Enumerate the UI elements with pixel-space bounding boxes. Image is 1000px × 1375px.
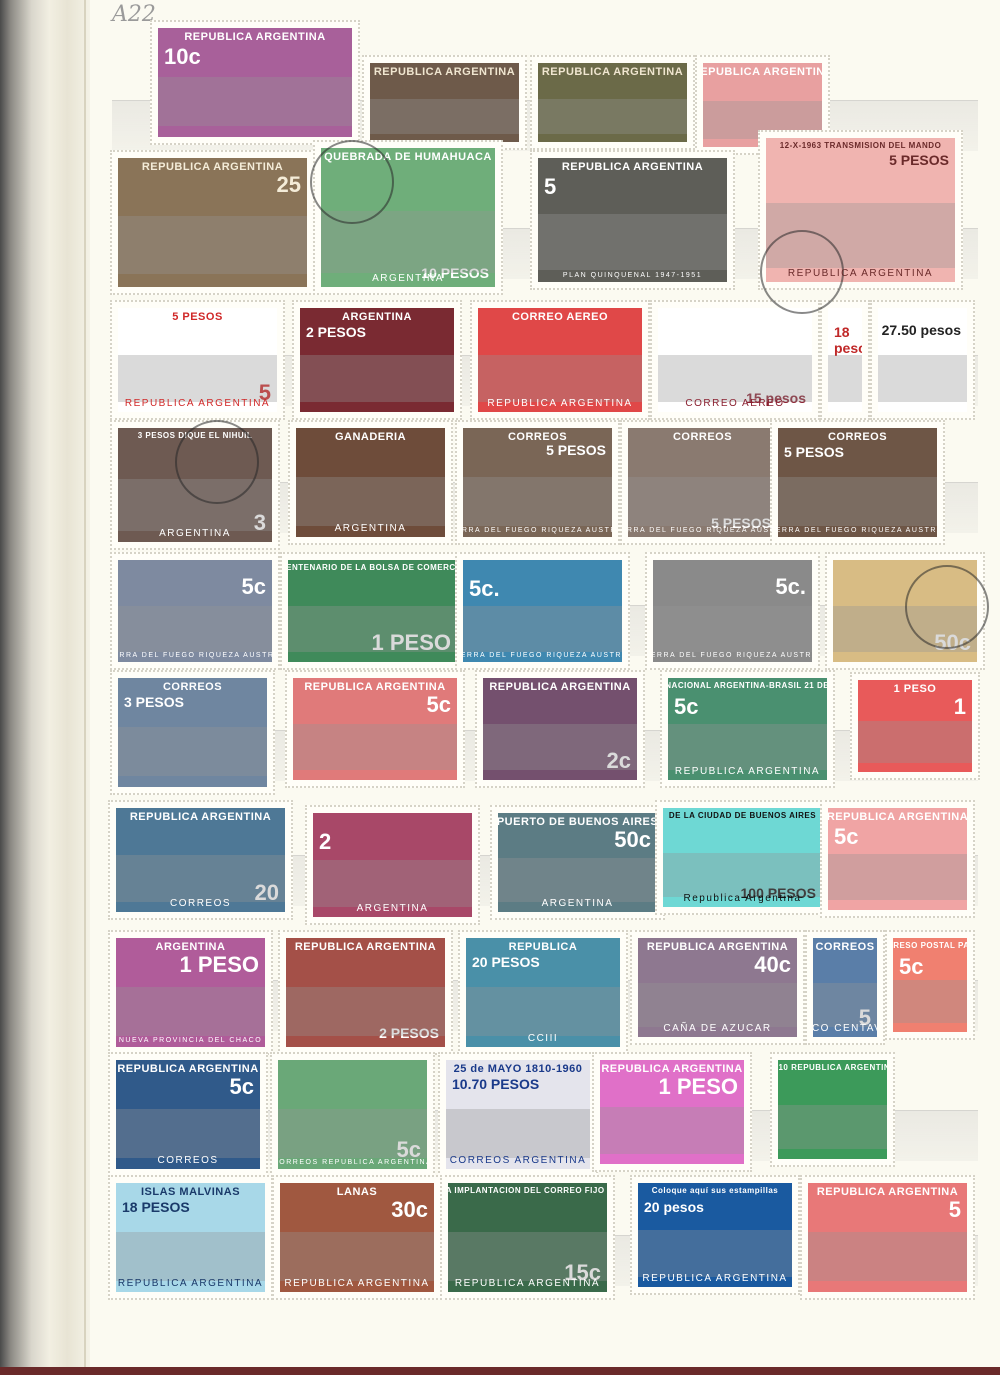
stamp-value: 2 PESOS	[306, 324, 366, 340]
stamp-title: ISLAS MALVINAS	[141, 1186, 240, 1198]
strip-overlay	[118, 606, 272, 652]
stamp-face: CORREOS5CINCO CENTAVOS	[813, 938, 877, 1037]
stamp[interactable]: DE LA CIUDAD DE BUENOS AIRES100 PESOSRep…	[655, 800, 830, 915]
stamp-caption: ARGENTINA	[372, 273, 444, 284]
stamp-title: 5 PESOS	[172, 311, 223, 323]
stamp-value: 20 pesos	[644, 1199, 704, 1215]
postmark-cancel	[310, 140, 394, 224]
stamp-title: REPUBLICA ARGENTINA	[142, 161, 283, 173]
stamp-value: 3 PESOS	[124, 694, 184, 710]
strip-overlay	[463, 606, 622, 652]
stamp-value: 20 PESOS	[472, 954, 540, 970]
stamp[interactable]: 5cCORREOS REPUBLICA ARGENTINA	[270, 1052, 435, 1177]
stamp-caption: REPUBLICA ARGENTINA	[284, 1278, 429, 1289]
stamp-value: 5c	[427, 692, 451, 718]
stamp-face: 5cTIERRA DEL FUEGO RIQUEZA AUSTRAL	[118, 560, 272, 662]
stamp-title: CORREOS	[163, 681, 222, 693]
strip-overlay	[858, 721, 972, 762]
stamp-title: REPUBLICA ARGENTINA	[304, 681, 445, 693]
stamp-face: REPUBLICA ARGENTINA2c	[483, 678, 637, 780]
stamp[interactable]: REPUBLICA ARGENTINA	[530, 55, 695, 150]
strip-overlay	[466, 987, 620, 1036]
stamp[interactable]: 18 pesos	[820, 300, 870, 420]
stamp-face: REPUBLICA ARGENTINA1 PESO	[600, 1060, 744, 1164]
stamp-face: REPUBLICA ARGENTINA5c	[293, 678, 457, 780]
strip-overlay	[118, 727, 267, 776]
strip-overlay	[638, 983, 797, 1028]
stamp-caption: CORREOS REPUBLICA ARGENTINA	[278, 1159, 427, 1166]
stamp-title: GANADERIA	[335, 431, 406, 443]
stamp[interactable]: LANAS30cREPUBLICA ARGENTINA	[272, 1175, 442, 1300]
stamp-caption: REPUBLICA ARGENTINA	[487, 398, 632, 409]
stamp-face: 5c.TIERRA DEL FUEGO RIQUEZA AUSTRAL	[653, 560, 812, 662]
strip-overlay	[828, 355, 862, 402]
stamp-title: CORREOS	[828, 431, 887, 443]
stamp-title: REPUBLICA ARGENTINA	[374, 66, 515, 78]
stamp-title: 1 PESO	[894, 683, 937, 695]
stamp[interactable]: CORREOS5 PESOSTIERRA DEL FUEGO RIQUEZA A…	[620, 420, 785, 545]
stamp-caption: NUEVA PROVINCIA DEL CHACO	[119, 1037, 262, 1044]
stamp[interactable]: 15 pesosCORREO AEREO	[650, 300, 820, 420]
stamp-caption: ARGENTINA	[335, 523, 407, 534]
stamp-face: ARGENTINA2 PESOS	[300, 308, 454, 412]
stamp[interactable]: REPUBLICA ARGENTINA2 PESOS	[278, 930, 453, 1055]
stamp-value: 50c	[614, 827, 651, 853]
stamp-caption: PLAN QUINQUENAL 1947-1951	[563, 272, 702, 279]
stamp[interactable]: 5c.TIERRA DEL FUEGO RIQUEZA AUSTRAL	[645, 552, 820, 670]
stamp-caption: REPUBLICA ARGENTINA	[125, 398, 270, 409]
stamp-face: CORREOS3 PESOS	[118, 678, 267, 787]
stamp[interactable]: CORREOS5 PESOSTIERRA DEL FUEGO RIQUEZA A…	[455, 420, 620, 545]
strip-overlay	[878, 355, 967, 402]
stamp[interactable]: REPUBLICA20 PESOSCCIII	[458, 930, 628, 1055]
stamp-value: 5 PESOS	[889, 152, 949, 168]
stamp-value: 25	[277, 172, 301, 198]
stamp-value: 5c	[834, 824, 858, 850]
stamp[interactable]: REPUBLICA ARGENTINA40cCAÑA DE AZUCAR	[630, 930, 805, 1045]
stamp-value: 1 PESO	[180, 952, 259, 978]
stamp[interactable]: 1810 REPUBLICA ARGENTINA	[770, 1052, 895, 1167]
stamp-title: CORREOS	[673, 431, 732, 443]
stamp-caption: Republica Argentina	[683, 893, 801, 904]
stamp-value: 10c	[164, 44, 201, 70]
stamp-face: LANAS30cREPUBLICA ARGENTINA	[280, 1183, 434, 1292]
stamp-title: REPUBLICA ARGENTINA	[184, 31, 325, 43]
stamp[interactable]: REPUBLICA ARGENTINA1 PESO	[592, 1052, 752, 1172]
stamp[interactable]: CENTENARIO DE LA IMPLANTACION DEL CORREO…	[440, 1175, 615, 1300]
strip-overlay	[808, 1232, 967, 1281]
strip-overlay	[286, 987, 445, 1036]
stamp[interactable]: CORREO AEREOREPUBLICA ARGENTINA	[470, 300, 650, 420]
stamp[interactable]: REPUBLICA ARGENTINA5c	[820, 800, 975, 918]
stamp-face: PUENTE INTERNACIONAL ARGENTINA-BRASIL 21…	[668, 678, 827, 780]
strip-overlay	[828, 854, 967, 900]
strip-overlay	[778, 477, 937, 526]
strip-overlay	[313, 860, 472, 907]
strip-overlay	[296, 477, 445, 526]
stamp-value: 10.70 PESOS	[452, 1076, 539, 1092]
stamp-face: 2ARGENTINA	[313, 813, 472, 917]
stamp-value: 2	[319, 829, 331, 855]
stamp-caption: ARGENTINA	[159, 528, 231, 539]
stamp-face: REPUBLICA ARGENTINA20CORREOS	[116, 808, 285, 912]
stamp[interactable]: ARGENTINA1 PESONUEVA PROVINCIA DEL CHACO	[108, 930, 273, 1055]
stamp-caption: TIERRA DEL FUEGO RIQUEZA AUSTRAL	[778, 527, 937, 534]
stamp-caption: REPUBLICA ARGENTINA	[788, 268, 933, 279]
stamp[interactable]: 5cTIERRA DEL FUEGO RIQUEZA AUSTRAL	[110, 552, 280, 670]
stamp-title: CORREO AEREO	[512, 311, 608, 323]
strip-overlay	[893, 980, 967, 1022]
stamp-title: CENTENARIO DE LA IMPLANTACION DEL CORREO…	[448, 1186, 607, 1195]
stamp-face: 5cCORREOS REPUBLICA ARGENTINA	[278, 1060, 427, 1169]
stamp-title: REPUBLICA ARGENTINA	[703, 66, 822, 78]
stamp-face: 15 pesosCORREO AEREO	[658, 308, 812, 412]
album-cover-edge	[0, 1367, 1000, 1375]
stamp-face: REPUBLICA ARGENTINA	[370, 63, 519, 142]
stamp[interactable]: 5 PESOS5REPUBLICA ARGENTINA	[110, 300, 285, 420]
stamp-value: 5c	[674, 694, 698, 720]
strip-overlay	[658, 355, 812, 402]
stamp-caption: TIERRA DEL FUEGO RIQUEZA AUSTRAL	[463, 527, 612, 534]
strip-overlay	[778, 1105, 887, 1150]
strip-overlay	[498, 858, 657, 903]
stamp-title: REPUBLICA ARGENTINA	[542, 66, 683, 78]
stamp-title: ARGENTINA	[342, 311, 412, 323]
strip-overlay	[293, 724, 457, 770]
stamp-face: CENTENARIO DE LA BOLSA DE COMERCIO1 PESO	[288, 560, 457, 662]
stamp[interactable]: REPUBLICA ARGENTINA20CORREOS	[108, 800, 293, 920]
stamp-face: REPUBLICA ARGENTINA	[538, 63, 687, 142]
stamp-face: Coloque aquí sus estampillas20 pesosREPU…	[638, 1183, 792, 1287]
stamp-face: 1 PESO1	[858, 680, 972, 772]
stamp-face: GANADERIAARGENTINA	[296, 428, 445, 537]
stamp-value: 1 PESO	[659, 1074, 738, 1100]
stamp-value: 5 PESOS	[546, 442, 606, 458]
stamp[interactable]: REPUBLICA ARGENTINA5PLAN QUINQUENAL 1947…	[530, 150, 735, 290]
stamp-title: PRIMER CONGRESO POSTAL PANAMERICANO	[893, 941, 967, 950]
stamp-value: 1	[954, 694, 966, 720]
stamp[interactable]: 5c.TIERRA DEL FUEGO RIQUEZA AUSTRAL	[455, 552, 630, 670]
stamp[interactable]: CORREOS5CINCO CENTAVOS	[805, 930, 885, 1045]
strip-overlay	[116, 855, 285, 902]
strip-overlay	[278, 1109, 427, 1158]
strip-overlay	[300, 355, 454, 402]
stamp-caption: CORREOS	[157, 1155, 218, 1166]
stamp-caption: CINCO CENTAVOS	[813, 1023, 877, 1034]
strip-overlay	[448, 1232, 607, 1281]
stamp-caption: REPUBLICA ARGENTINA	[455, 1278, 600, 1289]
stamp[interactable]: PRIMER CONGRESO POSTAL PANAMERICANO5c	[885, 930, 975, 1040]
stamp[interactable]: 1 PESO1	[850, 672, 980, 780]
stamp-caption: CORREOS ARGENTINA	[450, 1155, 587, 1166]
stamp-value: 30c	[391, 1197, 428, 1223]
stamp-face: CORREOS5 PESOSTIERRA DEL FUEGO RIQUEZA A…	[778, 428, 937, 537]
stamp-title: Coloque aquí sus estampillas	[652, 1186, 778, 1195]
stamp-face: REPUBLICA ARGENTINA5c	[828, 808, 967, 910]
stamp-face: CORREOS5 PESOSTIERRA DEL FUEGO RIQUEZA A…	[463, 428, 612, 537]
stamp[interactable]: 25 de MAYO 1810-196010.70 PESOSCORREOS A…	[438, 1052, 598, 1177]
stamp-face: CORREOS5 PESOSTIERRA DEL FUEGO RIQUEZA A…	[628, 428, 777, 537]
stamp-caption: TIERRA DEL FUEGO RIQUEZA AUSTRAL	[118, 652, 272, 659]
strip-overlay	[158, 77, 352, 126]
stamp[interactable]: REPUBLICA ARGENTINA2c	[475, 670, 645, 788]
stamp-face: 5 PESOS5REPUBLICA ARGENTINA	[118, 308, 277, 412]
stamp-value: 18 PESOS	[122, 1199, 190, 1215]
stamp-title: REPUBLICA ARGENTINA	[817, 1186, 958, 1198]
stamp-title: 25 de MAYO 1810-1960	[454, 1063, 583, 1075]
stamp-caption: ARGENTINA	[357, 903, 429, 914]
strip-overlay	[118, 355, 277, 402]
stamp-caption: CCIII	[528, 1033, 558, 1044]
stamp[interactable]: 27.50 pesos	[870, 300, 975, 420]
strip-overlay	[668, 724, 827, 770]
stamp-title: CORREOS	[815, 941, 874, 953]
strip-overlay	[653, 606, 812, 652]
strip-overlay	[116, 1232, 265, 1281]
stamp-face: CENTENARIO DE LA IMPLANTACION DEL CORREO…	[448, 1183, 607, 1292]
stamp-face: REPUBLICA ARGENTINA10c	[158, 28, 352, 137]
stamp-value: 27.50 pesos	[882, 322, 961, 338]
stamp-caption: TIERRA DEL FUEGO RIQUEZA AUSTRAL	[628, 527, 777, 534]
stamp-caption: TIERRA DEL FUEGO RIQUEZA AUSTRAL	[653, 652, 812, 659]
stamp[interactable]: CORREOS3 PESOS	[110, 670, 275, 795]
postmark-cancel	[175, 420, 259, 504]
stamp-value: 5c	[899, 954, 923, 980]
stamp-value: 5c	[230, 1074, 254, 1100]
stamp-face: ARGENTINA1 PESONUEVA PROVINCIA DEL CHACO	[116, 938, 265, 1047]
stamp-face: PRIMER CONGRESO POSTAL PANAMERICANO5c	[893, 938, 967, 1032]
strip-overlay	[663, 853, 822, 898]
stamp[interactable]: REPUBLICA ARGENTINA	[362, 55, 527, 150]
strip-overlay	[600, 1107, 744, 1154]
strip-overlay	[370, 99, 519, 135]
stamp-face: 25 de MAYO 1810-196010.70 PESOSCORREOS A…	[446, 1060, 590, 1169]
stamp-title: REPUBLICA ARGENTINA	[489, 681, 630, 693]
strip-overlay	[463, 477, 612, 526]
strip-overlay	[446, 1109, 590, 1158]
stamp-face: REPUBLICA ARGENTINA2 PESOS	[286, 938, 445, 1047]
postmark-cancel	[905, 565, 989, 649]
strip-overlay	[118, 216, 307, 274]
stamp-value: 5c.	[469, 576, 500, 602]
strip-overlay	[538, 99, 687, 135]
stamp-value: 18 pesos	[834, 324, 862, 356]
stamp-title: REPUBLICA ARGENTINA	[130, 811, 271, 823]
stamp[interactable]: Coloque aquí sus estampillas20 pesosREPU…	[630, 1175, 800, 1295]
stamp-face: REPUBLICA ARGENTINA5PLAN QUINQUENAL 1947…	[538, 158, 727, 282]
stamp-face: REPUBLICA ARGENTINA25	[118, 158, 307, 287]
stamp-title: CENTENARIO DE LA BOLSA DE COMERCIO	[288, 563, 457, 572]
stamp-face: CORREO AEREOREPUBLICA ARGENTINA	[478, 308, 642, 412]
stamp-face: REPUBLICA ARGENTINA5	[808, 1183, 967, 1292]
stamp[interactable]: REPUBLICA ARGENTINA5	[800, 1175, 975, 1300]
stamp-title: DE LA CIUDAD DE BUENOS AIRES	[669, 811, 816, 820]
stamp-caption: REPUBLICA ARGENTINA	[675, 766, 820, 777]
stamp-caption: CORREOS	[170, 898, 231, 909]
stamp-caption: REPUBLICA ARGENTINA	[118, 1278, 263, 1289]
stamp[interactable]: ARGENTINA2 PESOS	[292, 300, 462, 420]
binding-edge	[84, 0, 86, 1375]
strip-overlay	[538, 214, 727, 270]
stamp[interactable]: REPUBLICA ARGENTINA5c	[285, 670, 465, 788]
stamp-value: 40c	[754, 952, 791, 978]
stamp-value: 5c	[242, 574, 266, 600]
stamp-face: DE LA CIUDAD DE BUENOS AIRES100 PESOSRep…	[663, 808, 822, 907]
stamp[interactable]: REPUBLICA ARGENTINA25	[110, 150, 315, 295]
strip-overlay	[280, 1232, 434, 1281]
stamp-face: 27.50 pesos	[878, 308, 967, 412]
stamp-face: PUERTO DE BUENOS AIRES50cARGENTINA	[498, 813, 657, 912]
stamp-title: 12-X-1963 TRANSMISION DEL MANDO	[780, 141, 942, 150]
stamp-title: 1810 REPUBLICA ARGENTINA	[778, 1063, 887, 1072]
stamp-title: LANAS	[337, 1186, 377, 1198]
album-binding	[0, 0, 90, 1375]
strip-overlay	[638, 1230, 792, 1277]
stamp-title: REPUBLICA ARGENTINA	[562, 161, 703, 173]
strip-overlay	[813, 983, 877, 1028]
stamp-value: 5	[544, 174, 556, 200]
stamp-title: REPUBLICA	[509, 941, 578, 953]
stamp[interactable]: ISLAS MALVINAS18 PESOSREPUBLICA ARGENTIN…	[108, 1175, 273, 1300]
stamp-caption: CAÑA DE AZUCAR	[663, 1023, 771, 1034]
stamp-caption: TIERRA DEL FUEGO RIQUEZA AUSTRAL	[463, 652, 622, 659]
stamp-title: PUENTE INTERNACIONAL ARGENTINA-BRASIL 21…	[668, 681, 827, 690]
stamp[interactable]: REPUBLICA ARGENTINA10c	[150, 20, 360, 145]
stamp[interactable]: CENTENARIO DE LA BOLSA DE COMERCIO1 PESO	[280, 552, 465, 670]
stamp-face: 18 pesos	[828, 308, 862, 412]
stamp-value: 5 PESOS	[784, 444, 844, 460]
strip-overlay	[116, 987, 265, 1036]
stamp-value: 5	[949, 1197, 961, 1223]
stamp-face: 1810 REPUBLICA ARGENTINA	[778, 1060, 887, 1159]
stamp-face: REPUBLICA ARGENTINA40cCAÑA DE AZUCAR	[638, 938, 797, 1037]
stamp-face: REPUBLICA ARGENTINA5cCORREOS	[116, 1060, 260, 1169]
stamp-caption: ARGENTINA	[542, 898, 614, 909]
stamp-face: 5c.TIERRA DEL FUEGO RIQUEZA AUSTRAL	[463, 560, 622, 662]
stamp-face: ISLAS MALVINAS18 PESOSREPUBLICA ARGENTIN…	[116, 1183, 265, 1292]
stamp-caption: REPUBLICA ARGENTINA	[642, 1273, 787, 1284]
stamp[interactable]: PUERTO DE BUENOS AIRES50cARGENTINA	[490, 805, 665, 920]
strip-overlay	[288, 606, 457, 652]
strip-overlay	[478, 355, 642, 402]
stamp-caption: CORREO AEREO	[685, 398, 784, 409]
strip-overlay	[116, 1109, 260, 1158]
stamp-value: 5c.	[775, 574, 806, 600]
stamp-title: REPUBLICA ARGENTINA	[295, 941, 436, 953]
stamp-face: REPUBLICA20 PESOSCCIII	[466, 938, 620, 1047]
stamp-title: REPUBLICA ARGENTINA	[828, 811, 967, 823]
stamp[interactable]: PUENTE INTERNACIONAL ARGENTINA-BRASIL 21…	[660, 670, 835, 788]
strip-overlay	[483, 724, 637, 770]
stamp[interactable]: CORREOS5 PESOSTIERRA DEL FUEGO RIQUEZA A…	[770, 420, 945, 545]
stamp[interactable]: 2ARGENTINA	[305, 805, 480, 925]
strip-overlay	[628, 477, 777, 526]
stamp[interactable]: REPUBLICA ARGENTINA5cCORREOS	[108, 1052, 268, 1177]
stamp[interactable]: GANADERIAARGENTINA	[288, 420, 453, 545]
